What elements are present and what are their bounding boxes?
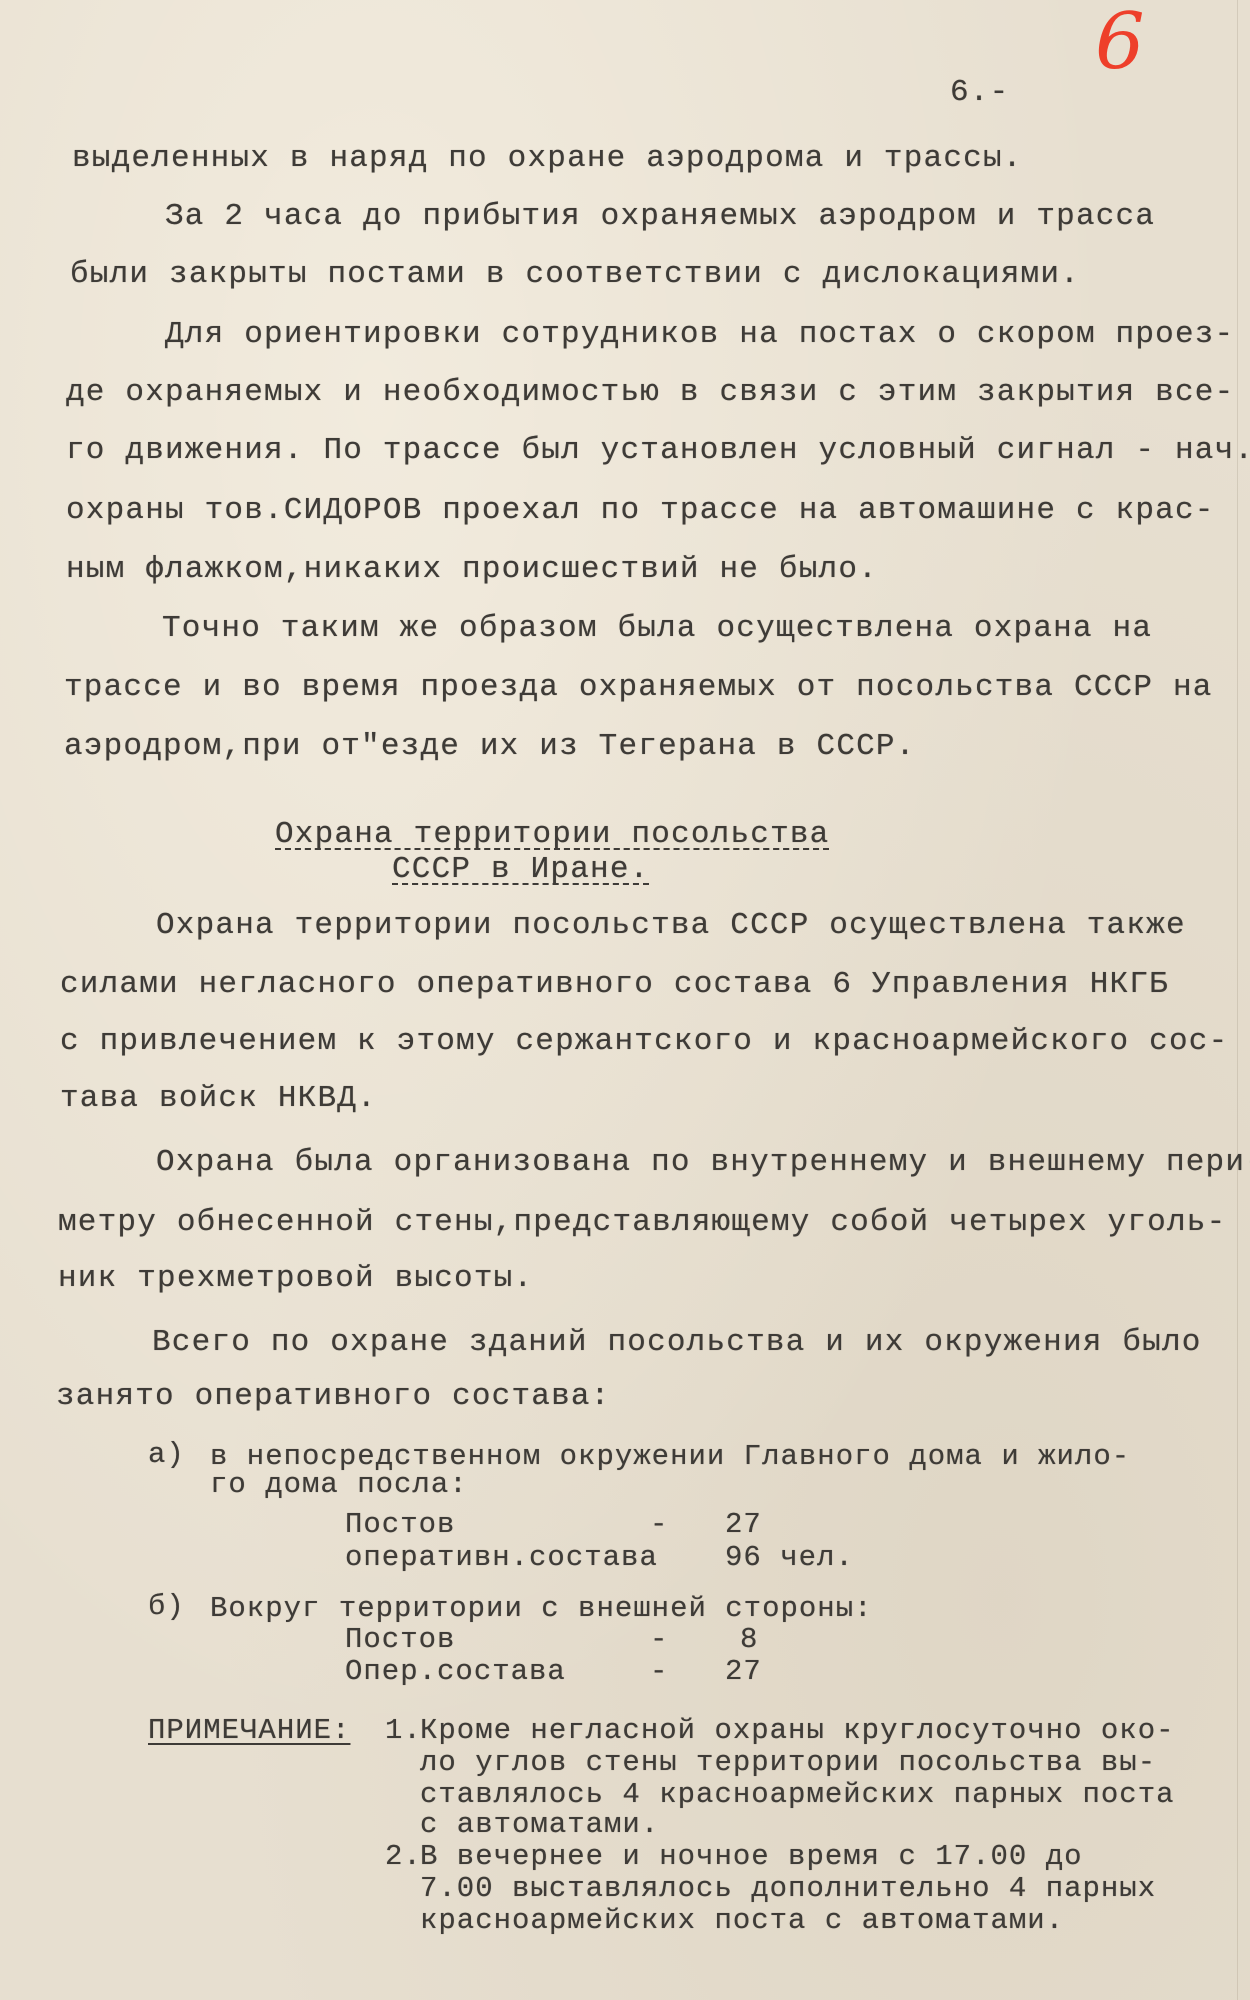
section-heading: СССР в Иране. [392,853,649,887]
note-line: 7.00 выставлялось дополнительно 4 парных [420,1874,1156,1904]
archive-page-number: 6 [1095,2,1145,82]
typed-page-number: 6.- [950,76,1009,110]
text-line: метру обнесенной стены,представляющему с… [58,1206,1226,1240]
note-number: 2. [385,1842,422,1872]
text-line: Охрана территории посольства СССР осущес… [156,909,1186,943]
text-line: Для ориентировки сотрудников на постах о… [165,318,1234,352]
text-line: трассе и во время проезда охраняемых от … [64,671,1213,705]
text-line: занято оперативного состава: [56,1380,611,1414]
text-line: Охрана была организована по внутреннему … [156,1146,1250,1180]
text-line: силами негласного оперативного состава 6… [60,968,1169,1002]
list-row-dash: - [650,1510,668,1540]
note-line: Кроме негласной охраны круглосуточно око… [420,1716,1175,1746]
note-line: с автоматами. [420,1810,659,1840]
list-item-b-line: Вокруг территории с внешней стороны: [210,1594,873,1624]
text-line: За 2 часа до прибытия охраняемых аэродро… [165,200,1155,234]
note-number: 1. [385,1716,422,1746]
text-line: выделенных в наряд по охране аэродрома и… [72,142,1023,176]
text-line: с привлечением к этому сержантского и кр… [60,1025,1228,1059]
list-marker-a: а) [148,1440,185,1470]
text-line: были закрыты постами в соответствии с ди… [70,258,1080,292]
text-line: тава войск НКВД. [60,1082,377,1116]
note-label: ПРИМЕЧАНИЕ: [148,1716,350,1746]
section-heading: Охрана территории посольства [275,818,830,852]
list-row-value: 8 [740,1625,758,1655]
text-line: ным флажком,никаких происшествий не было… [66,553,878,587]
note-line: ло углов стены территории посольства вы- [420,1748,1156,1778]
list-row-value: 96 чел. [725,1543,854,1573]
text-line: Точно таким же образом была осуществлена… [162,612,1152,646]
page-edge [1237,0,1238,2000]
list-marker-b: б) [148,1592,185,1622]
list-row-label: Постов [345,1510,455,1540]
note-line: красноармейских поста с автоматами. [420,1906,1064,1936]
list-row-label: Опер.состава [345,1657,566,1687]
list-row-label: оперативн.состава [345,1543,658,1573]
list-item-a-line: го дома посла: [210,1470,468,1500]
note-line: В вечернее и ночное время с 17.00 до [420,1842,1083,1872]
list-row-value: 27 [725,1510,762,1540]
list-row-value: 27 [725,1657,762,1687]
text-line: Всего по охране зданий посольства и их о… [152,1326,1202,1360]
list-row-label: Постов [345,1625,455,1655]
text-line: аэродром,при от"езде их из Тегерана в СС… [64,730,916,764]
text-line: го движения. По трассе был установлен ус… [66,434,1250,468]
list-row-dash: - [650,1657,668,1687]
note-line: ставлялось 4 красноармейских парных пост… [420,1780,1175,1810]
text-line: ник трехметровой высоты. [58,1262,533,1296]
list-row-dash: - [650,1625,668,1655]
text-line: де охраняемых и необходимостью в связи с… [66,376,1234,410]
text-line: охраны тов.СИДОРОВ проехал по трассе на … [66,494,1215,528]
